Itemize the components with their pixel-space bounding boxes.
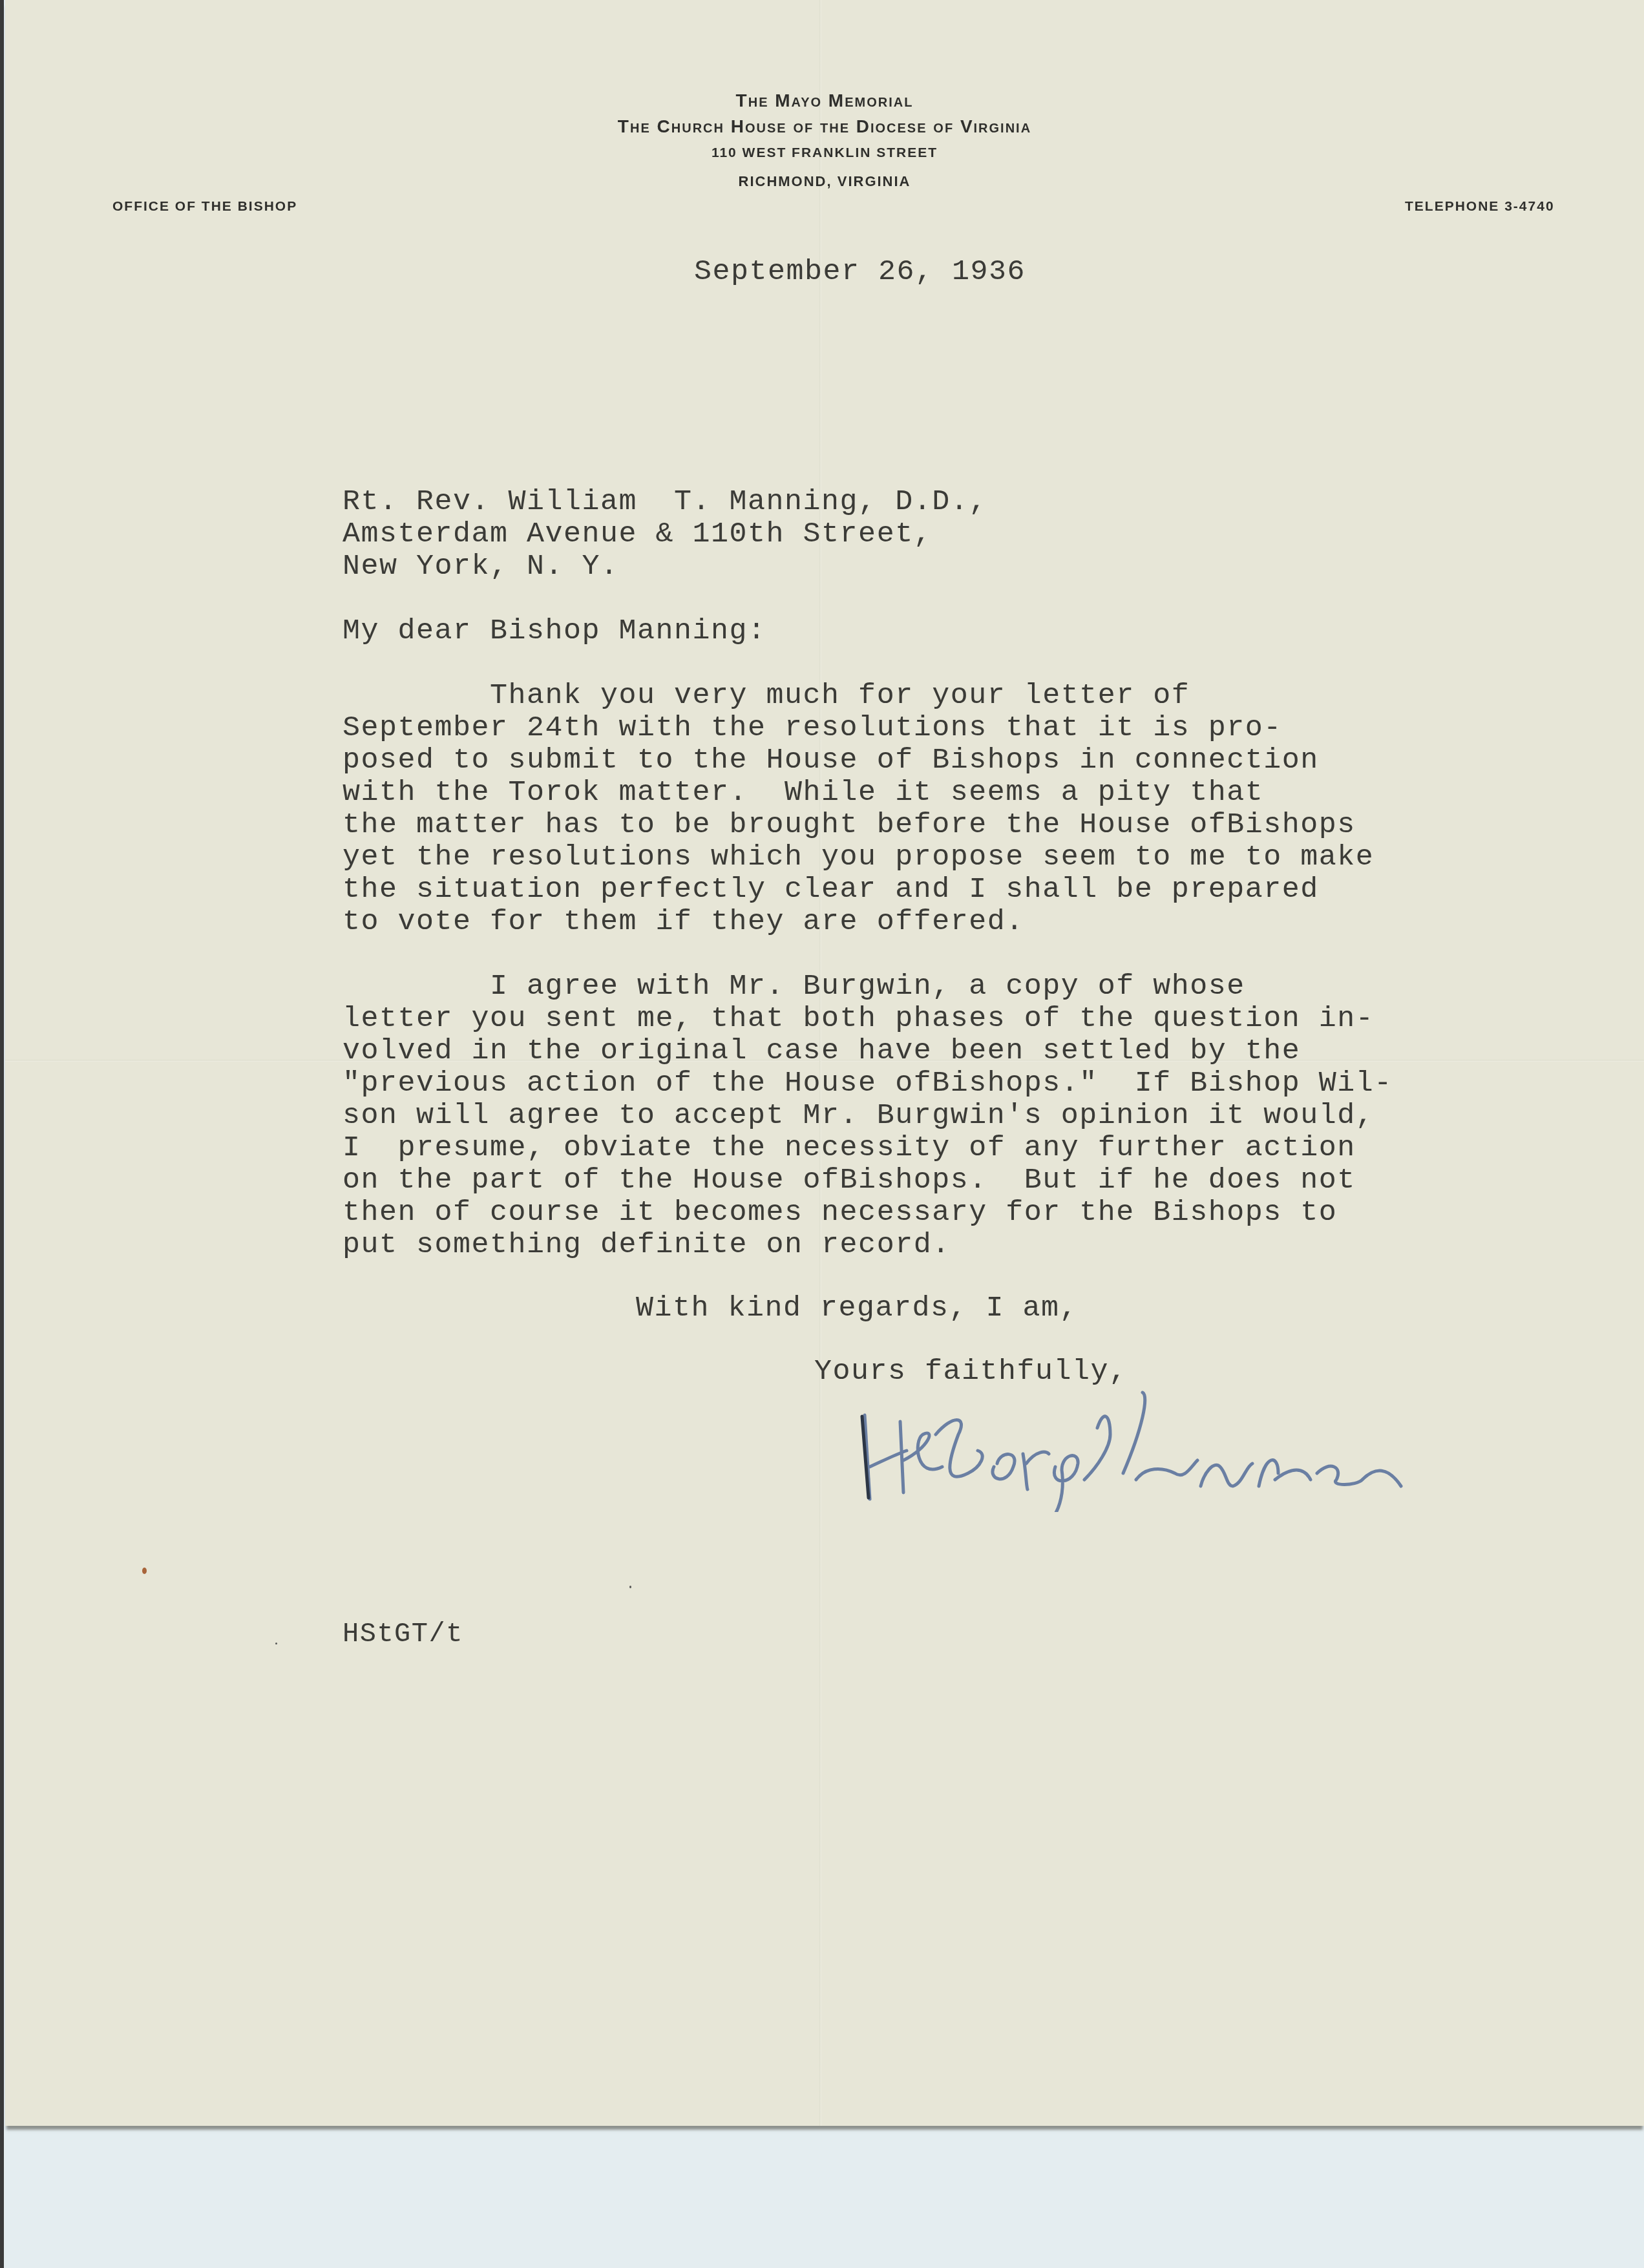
recipient-city: New York, N. Y. (342, 551, 619, 583)
paragraph-line: the matter has to be brought before the … (342, 809, 1356, 841)
salutation: My dear Bishop Manning: (342, 615, 766, 647)
paragraph-line: letter you sent me, that both phases of … (342, 1003, 1374, 1035)
paper-speck (275, 1643, 277, 1644)
paragraph-line: yet the resolutions which you propose se… (342, 841, 1374, 874)
letterhead-office: OFFICE OF THE BISHOP (112, 199, 297, 215)
paragraph-line: then of course it becomes necessary for … (342, 1197, 1337, 1229)
letterhead-street: 110 WEST FRANKLIN STREET (5, 145, 1644, 161)
paragraph-line: put something definite on record. (342, 1229, 951, 1261)
recipient-name: Rt. Rev. William T. Manning, D.D., (342, 486, 987, 518)
letter-date: September 26, 1936 (694, 256, 1026, 288)
paper-speck (142, 1568, 147, 1574)
paragraph-line: on the part of the House ofBishops. But … (342, 1164, 1356, 1197)
closing-valediction: Yours faithfully, (814, 1356, 1128, 1388)
paragraph-line: September 24th with the resolutions that… (342, 712, 1282, 744)
paragraph-line: to vote for them if they are offered. (342, 906, 1024, 938)
letter-page: The Mayo Memorial The Church House of th… (5, 0, 1644, 2126)
closing-regards: With kind regards, I am, (636, 1292, 1078, 1325)
handwritten-signature (839, 1389, 1459, 1512)
letterhead-telephone: TELEPHONE 3-4740 (1405, 199, 1555, 215)
paper-speck (629, 1586, 631, 1588)
letterhead-city: RICHMOND, VIRGINIA (5, 173, 1644, 190)
scan-border (0, 0, 4, 2268)
paragraph-line: with the Torok matter. While it seems a … (342, 777, 1263, 809)
letterhead-title: The Mayo Memorial (5, 90, 1644, 111)
recipient-street: Amsterdam Avenue & 110th Street, (342, 518, 932, 551)
reference-initials: HStGT/t (342, 1618, 463, 1650)
paragraph-line: posed to submit to the House of Bishops … (342, 744, 1319, 777)
paragraph-line: Thank you very much for your letter of (342, 680, 1190, 712)
letterhead-organization: The Church House of the Diocese of Virgi… (5, 116, 1644, 137)
paragraph-line: son will agree to accept Mr. Burgwin's o… (342, 1100, 1374, 1132)
paragraph-line: I presume, obviate the necessity of any … (342, 1132, 1356, 1164)
paragraph-line: I agree with Mr. Burgwin, a copy of whos… (342, 971, 1245, 1003)
paragraph-line: the situation perfectly clear and I shal… (342, 874, 1319, 906)
paragraph-line: "previous action of the House ofBishops.… (342, 1067, 1393, 1100)
paragraph-line: volved in the original case have been se… (342, 1035, 1300, 1067)
